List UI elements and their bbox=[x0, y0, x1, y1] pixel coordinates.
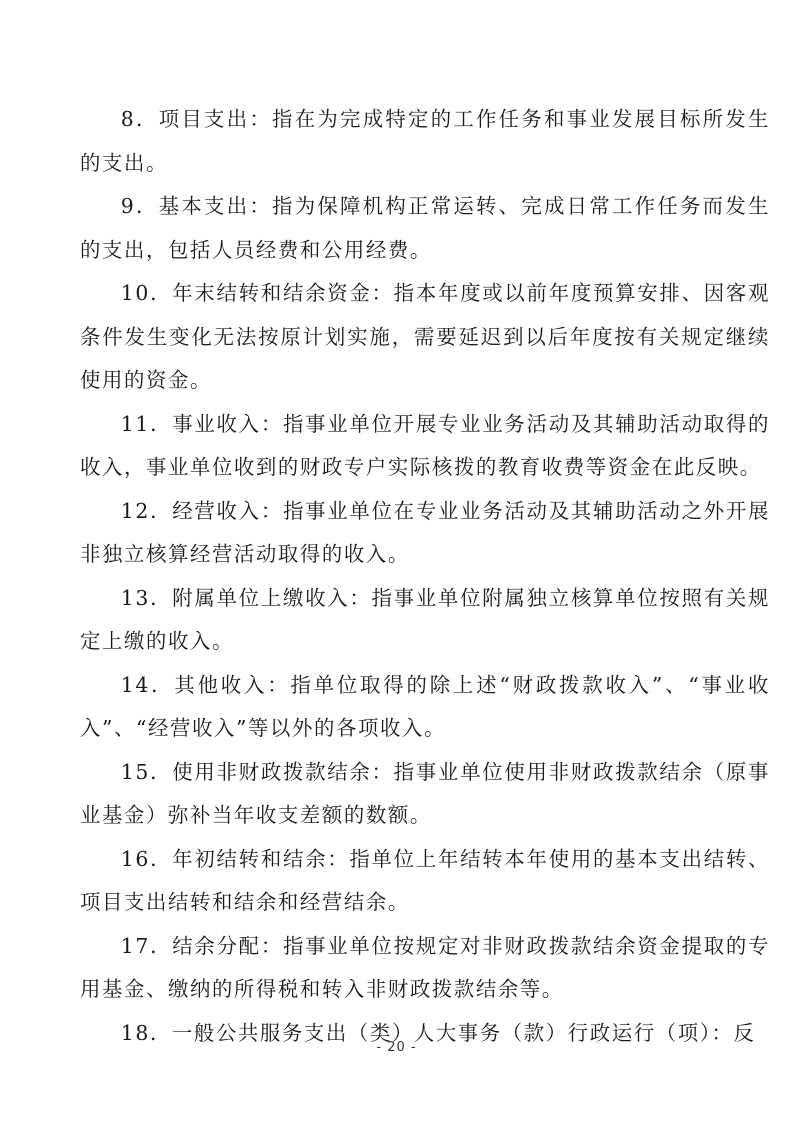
document-body: 8．项目支出：指在为完成特定的工作任务和事业发展目标所发生的支出。 9．基本支出… bbox=[80, 98, 770, 1055]
paragraph-item-12: 12．经营收入：指事业单位在专业业务活动及其辅助活动之外开展非独立核算经营活动取… bbox=[80, 490, 770, 577]
paragraph-item-9: 9．基本支出：指为保障机构正常运转、完成日常工作任务而发生的支出，包括人员经费和… bbox=[80, 185, 770, 272]
paragraph-item-8: 8．项目支出：指在为完成特定的工作任务和事业发展目标所发生的支出。 bbox=[80, 98, 770, 185]
page-number: - 20 - bbox=[0, 1040, 793, 1055]
paragraph-item-14: 14．其他收入：指单位取得的除上述“财政拨款收入”、“事业收入”、“经营收入”等… bbox=[80, 664, 770, 751]
paragraph-item-15: 15．使用非财政拨款结余：指事业单位使用非财政拨款结余（原事业基金）弥补当年收支… bbox=[80, 751, 770, 838]
paragraph-item-10: 10．年末结转和结余资金：指本年度或以前年度预算安排、因客观条件发生变化无法按原… bbox=[80, 272, 770, 403]
paragraph-item-17: 17．结余分配：指事业单位按规定对非财政拨款结余资金提取的专用基金、缴纳的所得税… bbox=[80, 925, 770, 1012]
paragraph-item-11: 11．事业收入：指事业单位开展专业业务活动及其辅助活动取得的收入，事业单位收到的… bbox=[80, 403, 770, 490]
paragraph-item-16: 16．年初结转和结余：指单位上年结转本年使用的基本支出结转、项目支出结转和结余和… bbox=[80, 838, 770, 925]
paragraph-item-13: 13．附属单位上缴收入：指事业单位附属独立核算单位按照有关规定上缴的收入。 bbox=[80, 577, 770, 664]
